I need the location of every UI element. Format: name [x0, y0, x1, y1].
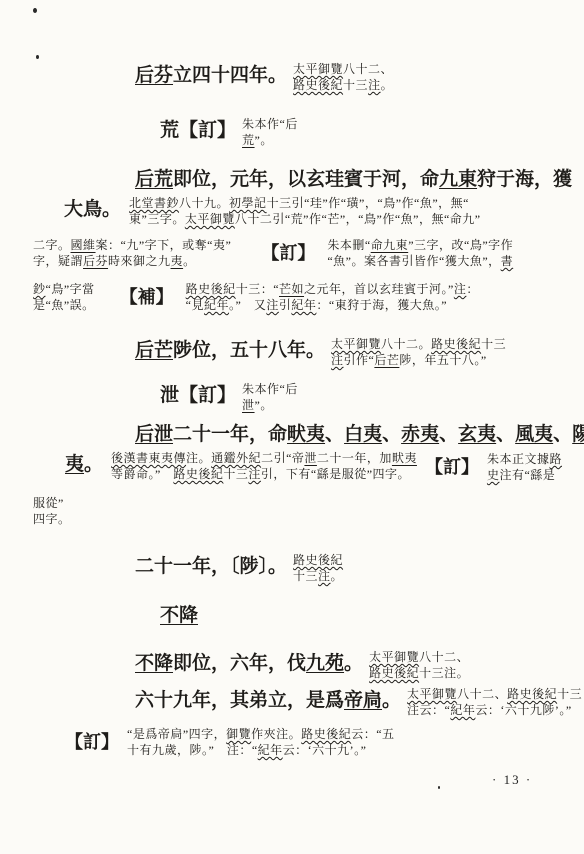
entry-twentyone: 二十一年，〔陟〕。 路史後紀 十三注。 [135, 553, 556, 584]
scan-speck [33, 8, 37, 13]
main-text: 荒【訂】 [160, 117, 236, 145]
note-right-column: 朱本正文據路 史注有“繇是 [487, 451, 562, 483]
main-text: 后芬立四十四年。 [135, 62, 287, 90]
main-text: 二十一年，〔陟〕。 [135, 553, 287, 581]
note-line: 路史後紀十三注。 [369, 665, 469, 681]
entry-houhuang-cont: 大鳥。 北堂書鈔八十九。初學記十三引“珪”作“璜”，“鳥”作“魚”，無“ 東”三… [64, 196, 556, 227]
entry-bujiang-heading: 不降 [160, 602, 556, 630]
note-line: 後漢書東夷傳注。通鑑外紀二引“帝泄二十一年，加畎夷 [111, 450, 417, 466]
bracket-marker-ding: 【訂】 [179, 385, 236, 406]
note-line: “是爲帝扃”四字，御覽作夾注。路史後紀云：“五 [127, 726, 395, 742]
note-line: 注云：“紀年云：‘六十九陟’。” [407, 702, 582, 718]
note-line: 四字。 [33, 511, 71, 527]
note-line: 是“魚”誤。 [33, 297, 95, 313]
note-line: 服從” [33, 495, 71, 511]
main-text: 后泄二十一年，命畎夷、白夷、赤夷、玄夷、風夷、陽 [135, 421, 584, 449]
note-line: 史注有“繇是 [487, 467, 562, 483]
scan-speck [438, 786, 440, 789]
entry-variant-huang: 荒【訂】 朱本作“后 荒”。 [160, 117, 556, 148]
main-text: 夷。 [65, 451, 103, 479]
note-line: 路史後紀 [293, 552, 343, 568]
note-line: “見紀年。” 又注引紀年：“東狩于海，獲大魚。” [186, 297, 479, 313]
note-right-column: 朱本刪“命九東”三字，改“鳥”字作 “魚”。案各書引皆作“獲大魚”，書 [327, 237, 513, 269]
entry-variant-xie: 泄【訂】 朱本作“后 泄”。 [160, 382, 556, 413]
source-note: 路史後紀 十三注。 [293, 552, 343, 584]
note-right-column: 路史後紀十三：“芒如之元年，首以玄珪賓于河。”注： “見紀年。” 又注引紀年：“… [186, 281, 479, 313]
source-note: 太平御覽八十二、路史後紀十三 注云：“紀年云：‘六十九陟’。” [407, 686, 582, 718]
note-line: 字，疑謂后芬時來御之九夷。 [33, 253, 231, 269]
entry-houmang: 后芒陟位，五十八年。 太平御覽八十二。路史後紀十三 注引作“后芒陟，年五十八。” [135, 337, 556, 368]
note-line: 朱本作“后 [242, 381, 298, 397]
entry-houhuang: 后荒即位，元年，以玄珪賓于河，命九東狩于海，獲 [135, 166, 556, 194]
note-line: 十三注。 [293, 568, 343, 584]
bracket-marker-ding: 【訂】 [425, 456, 479, 478]
bracket-marker-bu: 【補】 [120, 286, 174, 308]
main-text: 后荒即位，元年，以玄珪賓于河，命九東狩于海，獲 [135, 166, 572, 194]
source-note: 太平御覽八十二、 路史後紀十三注。 [369, 649, 469, 681]
scan-speck [36, 55, 39, 59]
entry-bujiang: 不降即位，六年，伐九苑。 太平御覽八十二、 路史後紀十三注。 [135, 650, 556, 681]
main-text: 泄【訂】 [160, 382, 236, 410]
note-line: 朱本刪“命九東”三字，改“鳥”字作 [327, 237, 513, 253]
note-line: 東”三字。太平御覽八十二引“荒”作“芒”，“鳥”作“魚”，無“命九” [129, 211, 481, 227]
source-note: 朱本作“后 泄”。 [242, 381, 298, 413]
main-text: 六十九年，其弟立，是爲帝扃。 [135, 687, 401, 715]
note-line: 路史後紀十三：“芒如之元年，首以玄珪賓于河。”注： [186, 281, 479, 297]
note-line: 太平御覽八十二、路史後紀十三 [407, 686, 582, 702]
note-line: 十有九歲，陟。” 注：“紀年云：‘六十九’。” [127, 742, 395, 758]
bracket-marker-ding: 【訂】 [179, 120, 236, 141]
main-text: 后芒陟位，五十八年。 [135, 337, 325, 365]
entry-sixtynine: 六十九年，其弟立，是爲帝扃。 太平御覽八十二、路史後紀十三 注云：“紀年云：‘六… [135, 687, 556, 718]
note-line: 荒”。 [242, 132, 298, 148]
main-text: 不降即位，六年，伐九苑。 [135, 650, 363, 678]
bracket-marker-ding: 【訂】 [261, 242, 315, 264]
note-left-column: 後漢書東夷傳注。通鑑外紀二引“帝泄二十一年，加畎夷 等爵命。” 路史後紀十三注引… [111, 450, 417, 482]
note-left-column: 服從” 四字。 [33, 495, 71, 527]
note-line: 路史後紀十三注。 [293, 77, 393, 93]
main-text: 大鳥。 [64, 196, 121, 224]
entry-houxie-cont: 夷。 後漢書東夷傳注。通鑑外紀二引“帝泄二十一年，加畎夷 等爵命。” 路史後紀十… [65, 451, 556, 483]
source-note: 北堂書鈔八十九。初學記十三引“珪”作“璜”，“鳥”作“魚”，無“ 東”三字。太平… [129, 195, 481, 227]
entry-houfen: 后芬立四十四年。 太平御覽八十二、 路史後紀十三注。 [135, 62, 556, 93]
bracket-marker-ding: 【訂】 [65, 731, 119, 753]
note-line: 太平御覽八十二、 [369, 649, 469, 665]
entry-houxie: 后泄二十一年，命畎夷、白夷、赤夷、玄夷、風夷、陽 [135, 421, 556, 449]
note-line: 朱本正文據路 [487, 451, 562, 467]
note-line: 鈔“鳥”字當 [33, 281, 95, 297]
main-text: 不降 [160, 602, 198, 630]
note-line: 朱本作“后 [242, 116, 298, 132]
source-note: 朱本作“后 荒”。 [242, 116, 298, 148]
annotation-row-bu: 鈔“鳥”字當 是“魚”誤。 【補】 路史後紀十三：“芒如之元年，首以玄珪賓于河。… [33, 281, 556, 313]
note-line: 北堂書鈔八十九。初學記十三引“珪”作“璜”，“鳥”作“魚”，無“ [129, 195, 481, 211]
note-continuation: 服從” 四字。 [33, 495, 556, 527]
note-line: 泄”。 [242, 397, 298, 413]
note-line: 二字。國維案：“九”字下，或奪“夷” [33, 237, 231, 253]
scanned-book-page: 后芬立四十四年。 太平御覽八十二、 路史後紀十三注。 荒【訂】 朱本作“后 荒”… [0, 0, 584, 854]
note-line: 太平御覽八十二。路史後紀十三 [331, 336, 506, 352]
page-number: · 13 · [492, 772, 532, 788]
note-line: 太平御覽八十二、 [293, 61, 393, 77]
note-line: 注引作“后芒陟，年五十八。” [331, 352, 506, 368]
annotation-row-wangguowei: 二字。國維案：“九”字下，或奪“夷” 字，疑謂后芬時來御之九夷。 【訂】 朱本刪… [33, 237, 556, 269]
note-left-column: 鈔“鳥”字當 是“魚”誤。 [33, 281, 95, 313]
note-column: “是爲帝扃”四字，御覽作夾注。路史後紀云：“五 十有九歲，陟。” 注：“紀年云：… [127, 726, 395, 758]
note-line: 等爵命。” 路史後紀十三注引，下有“繇是服從”四字。 [111, 466, 417, 482]
source-note: 太平御覽八十二、 路史後紀十三注。 [293, 61, 393, 93]
note-line: “魚”。案各書引皆作“獲大魚”，書 [327, 253, 513, 269]
annotation-row-final-ding: 【訂】 “是爲帝扃”四字，御覽作夾注。路史後紀云：“五 十有九歲，陟。” 注：“… [65, 726, 556, 758]
source-note: 太平御覽八十二。路史後紀十三 注引作“后芒陟，年五十八。” [331, 336, 506, 368]
note-left-column: 二字。國維案：“九”字下，或奪“夷” 字，疑謂后芬時來御之九夷。 [33, 237, 231, 269]
